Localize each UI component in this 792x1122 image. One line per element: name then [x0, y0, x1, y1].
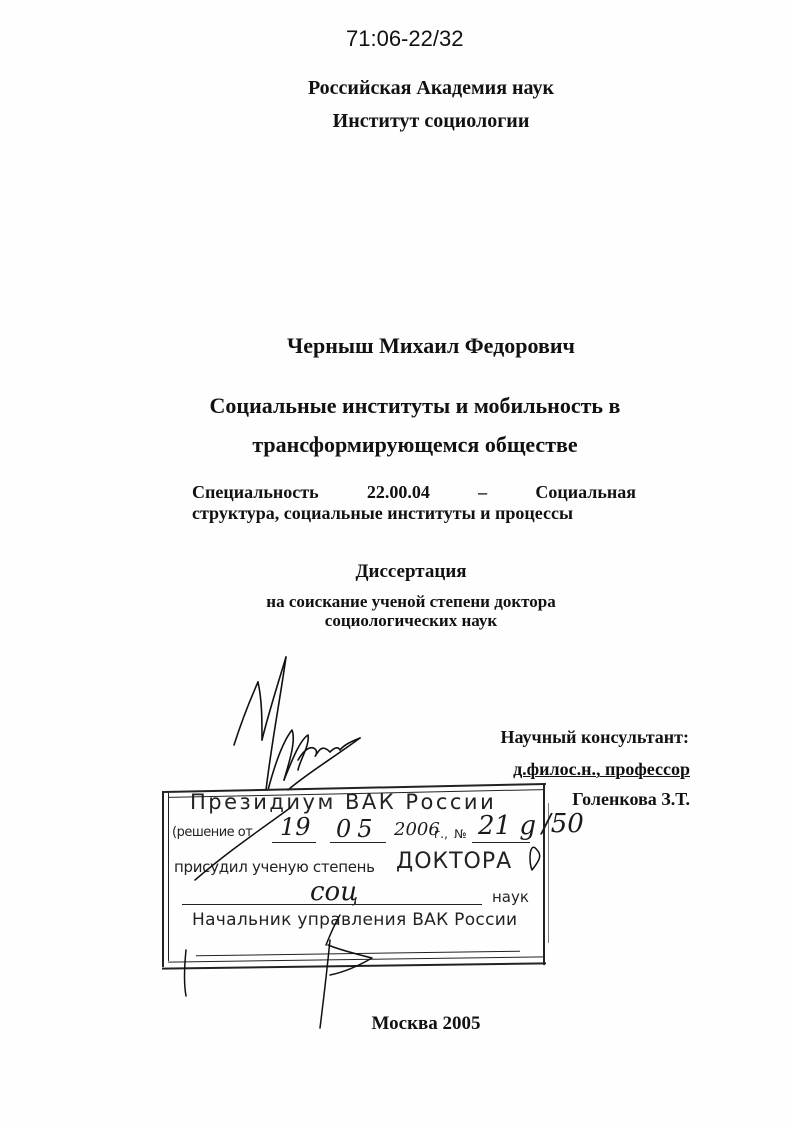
city-year: Москва 2005 [0, 1013, 792, 1035]
dissertation-title-page: 71:06-22/32 Российская Академия наук Инс… [0, 0, 792, 1122]
stamp-signature [0, 0, 792, 1122]
